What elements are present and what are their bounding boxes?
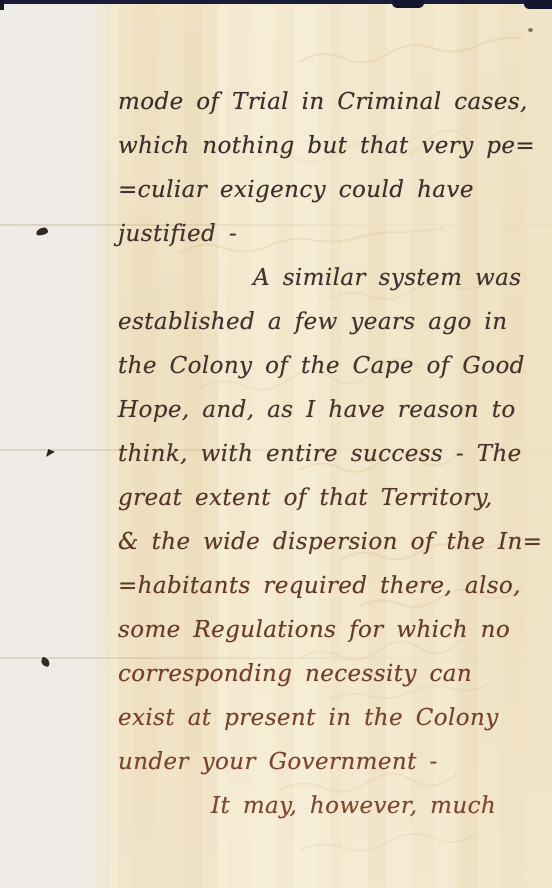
manuscript-line: exist at present in the Colony (118, 696, 548, 740)
scan-edge-blob (524, 0, 552, 9)
manuscript-line: corresponding necessity can (118, 652, 548, 696)
manuscript-line: =culiar exigency could have (118, 168, 548, 212)
manuscript-line: under your Government - (118, 740, 548, 784)
manuscript-line: some Regulations for which no (118, 608, 548, 652)
manuscript-line: Hope, and, as I have reason to (118, 388, 548, 432)
manuscript-line: mode of Trial in Criminal cases, (118, 80, 548, 124)
paper-fleck (528, 28, 533, 32)
manuscript-line: established a few years ago in (118, 300, 548, 344)
letter-body: mode of Trial in Criminal cases,which no… (118, 80, 548, 828)
scan-top-edge (0, 0, 552, 4)
manuscript-line: think, with entire success - The (118, 432, 548, 476)
manuscript-line: A similar system was (118, 256, 548, 300)
manuscript-line: & the wide dispersion of the In= (118, 520, 548, 564)
scan-corner-notch (0, 0, 4, 10)
manuscript-line: justified - (118, 212, 548, 256)
manuscript-line: It may, however, much (118, 784, 548, 828)
manuscript-line: great extent of that Territory, (118, 476, 548, 520)
manuscript-line: the Colony of the Cape of Good (118, 344, 548, 388)
manuscript-line: which nothing but that very pe= (118, 124, 548, 168)
manuscript-line: =habitants required there, also, (118, 564, 548, 608)
scan-edge-blob (392, 0, 424, 8)
